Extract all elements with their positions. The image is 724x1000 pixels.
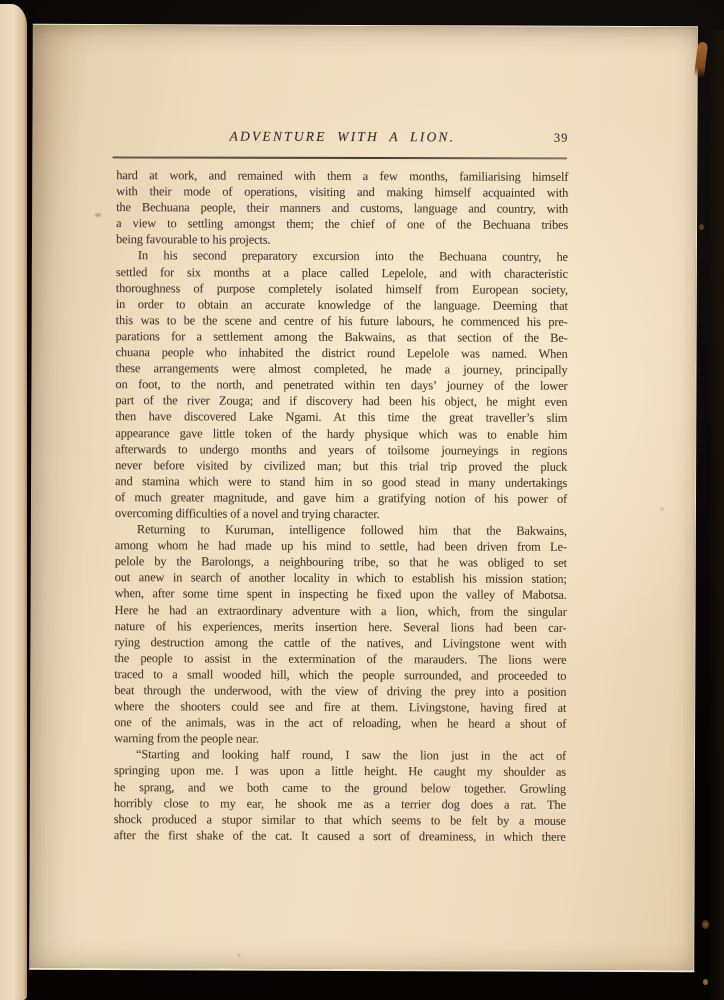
- text-line: after the first shake of the cat. It cau…: [114, 827, 566, 845]
- header-rule: [112, 156, 567, 159]
- page-body: hard at work, and remained with them a f…: [114, 167, 569, 845]
- text-line: chuana people who inhabited the district…: [116, 344, 568, 362]
- text-line: pelole by the Barolongs, a neighbouring …: [115, 553, 567, 571]
- text-line: part of the river Zouga; and if discover…: [115, 392, 567, 410]
- paper-speck: [659, 506, 665, 512]
- text-line: of much greater magnitude, and gave him …: [115, 489, 567, 507]
- page-number: 39: [554, 131, 569, 146]
- text-line: horribly close to my ear, he shook me as…: [114, 795, 566, 813]
- text-line: out anew in search of another locality i…: [115, 569, 567, 587]
- text-line: nature of his experiences, merits insert…: [114, 618, 566, 636]
- text-line: where the shooters could see and fire at…: [114, 698, 566, 716]
- text-line: this was to be the scene and centre of h…: [116, 312, 568, 330]
- text-line: overcoming difficulties of a novel and t…: [115, 505, 567, 523]
- text-line: being favourable to his projects.: [116, 231, 568, 249]
- text-line: these arrangements were almost completed…: [115, 360, 567, 378]
- cover-edge: [708, 30, 724, 1000]
- text-line: in order to obtain an accurate knowledge…: [116, 296, 568, 314]
- text-line: In his second preparatory excursion into…: [116, 248, 568, 266]
- text-line: with their mode of operations, visiting …: [116, 183, 568, 201]
- text-line: beat through the underwood, with the vie…: [114, 682, 566, 700]
- text-line: settled for six months at a place called…: [116, 264, 568, 282]
- text-line: he sprang, and we both came to the groun…: [114, 779, 566, 797]
- text-line: when, after some time spent in inspectin…: [115, 585, 567, 603]
- text-line: the Bechuana people, their manners and c…: [116, 199, 568, 217]
- running-head: ADVENTURE WITH A LION.: [116, 128, 568, 146]
- text-line: hard at work, and remained with them a f…: [116, 167, 568, 185]
- facing-page-edge: [0, 4, 27, 1000]
- text-line: then have discovered Lake Ngami. At this…: [115, 408, 567, 426]
- text-line: afterwards to undergo months and years o…: [115, 441, 567, 459]
- text-line: warning from the people near.: [114, 730, 566, 748]
- text-line: never before visited by civilized man; b…: [115, 457, 567, 475]
- text-line: and stamina which were to stand him in s…: [115, 473, 567, 491]
- text-line: a view to settling amongst them; the chi…: [116, 215, 568, 233]
- text-line: Returning to Kuruman, intelligence follo…: [115, 521, 567, 539]
- page-header: ADVENTURE WITH A LION. 39: [116, 128, 568, 150]
- text-line: among whom he had made up his mind to se…: [115, 537, 567, 555]
- text-line: Here he had an extraordinary adventure w…: [115, 602, 567, 620]
- text-line: traced to a small wooded hill, which the…: [114, 666, 566, 684]
- cover-fleck: [703, 979, 708, 985]
- text-line: parations for a settlement among the Bak…: [116, 328, 568, 346]
- text-line: rying destruction among the cattle of th…: [114, 634, 566, 652]
- cover-fleck: [699, 224, 704, 230]
- book-photograph: ADVENTURE WITH A LION. 39 hard at work, …: [0, 0, 724, 1000]
- cover-fleck: [702, 920, 709, 929]
- text-line: appearance gave little token of the hard…: [115, 425, 567, 443]
- text-line: springing upon me. I was upon a little h…: [114, 763, 566, 781]
- text-line: “Starting and looking half round, I saw …: [114, 746, 566, 764]
- book-page: ADVENTURE WITH A LION. 39 hard at work, …: [29, 24, 698, 973]
- text-line: on foot, to the north, and penetrated wi…: [115, 376, 567, 394]
- paper-speck: [237, 954, 241, 958]
- text-line: shock produced a stupor similar to that …: [114, 811, 566, 829]
- text-line: one of the animals, was in the act of re…: [114, 714, 566, 732]
- text-line: thoroughness of purpose completely isola…: [116, 280, 568, 298]
- text-line: the people to assist in the exterminatio…: [114, 650, 566, 668]
- paper-speck: [93, 212, 103, 218]
